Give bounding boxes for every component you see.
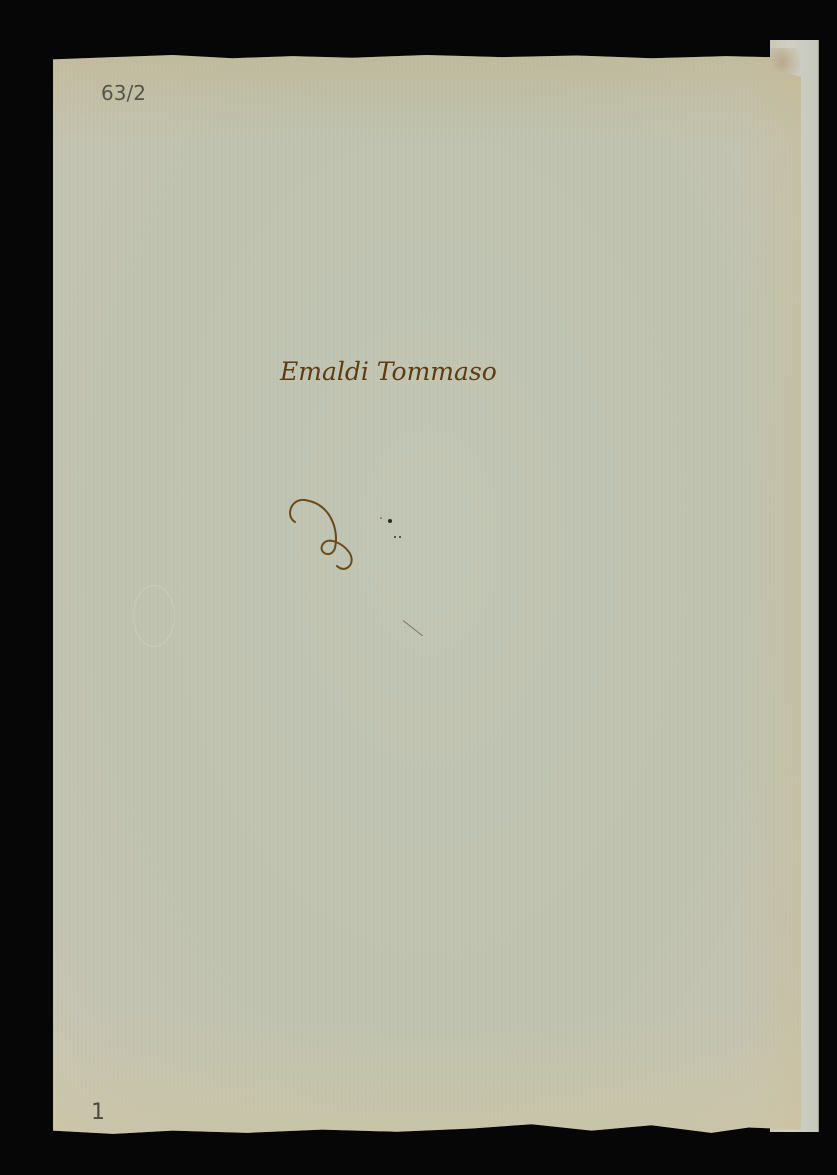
name-inscription: Emaldi Tommaso bbox=[280, 357, 497, 386]
document-scan: ι 63/2 Emaldi Tommaso 1 bbox=[0, 0, 837, 1175]
paper-sheet: 63/2 Emaldi Tommaso 1 bbox=[53, 55, 801, 1135]
stain bbox=[741, 55, 801, 1135]
ink-specks bbox=[378, 515, 408, 545]
folio-number: 1 bbox=[91, 1100, 105, 1125]
stain bbox=[53, 55, 801, 145]
scratch-mark bbox=[403, 620, 423, 636]
shelf-mark: 63/2 bbox=[101, 81, 146, 105]
flourish-icon bbox=[273, 470, 373, 570]
stain bbox=[53, 1015, 801, 1135]
watermark bbox=[133, 585, 175, 647]
